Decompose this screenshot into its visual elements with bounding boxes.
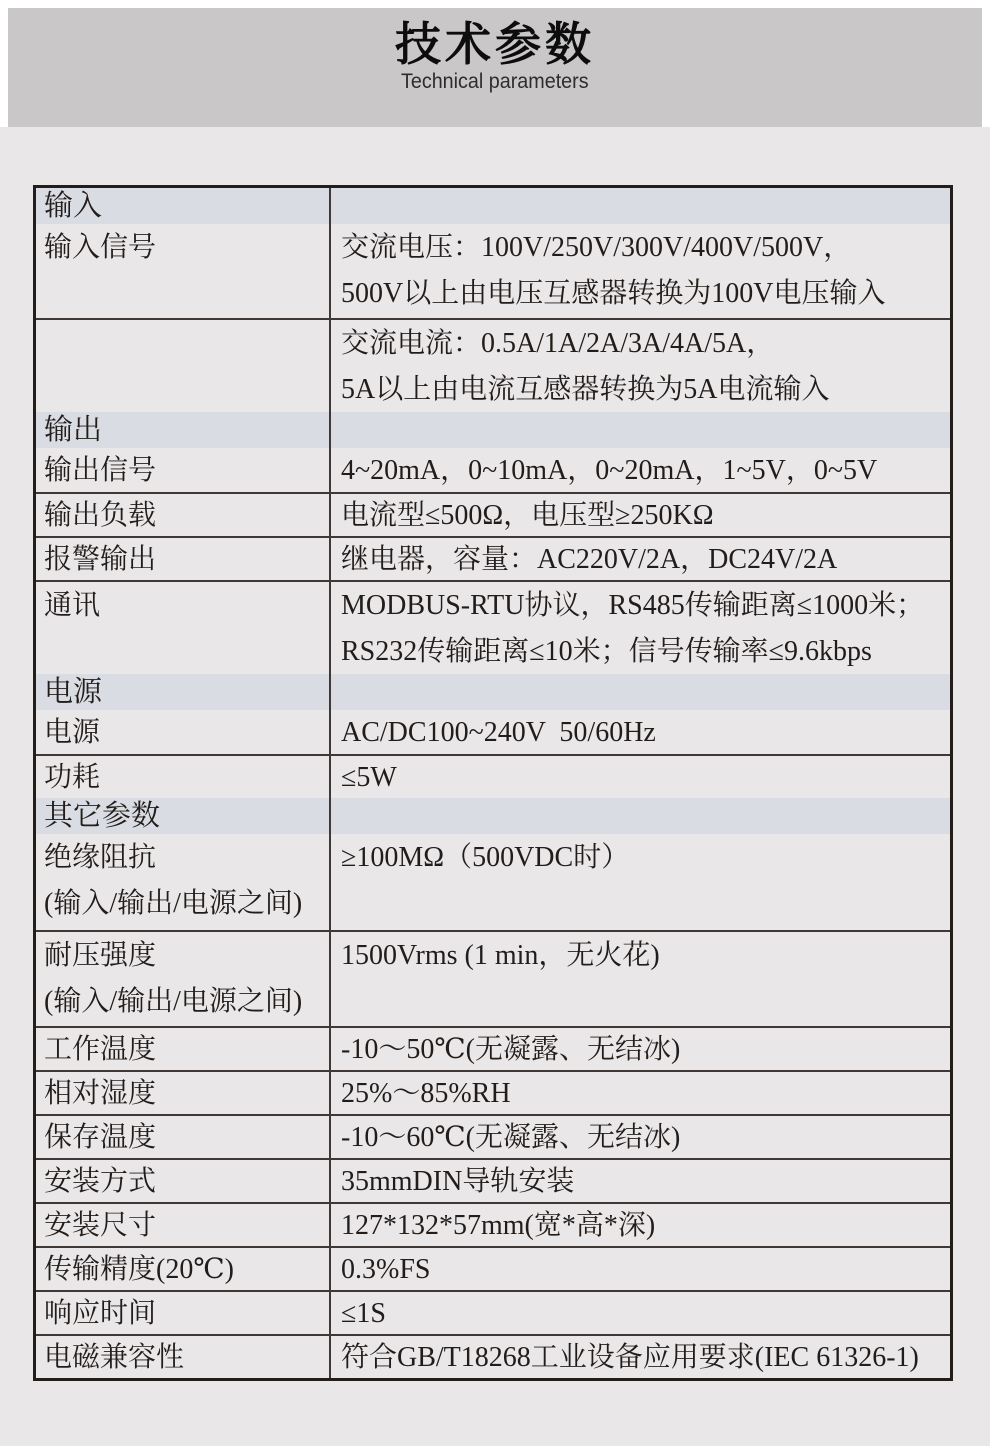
spec-value: MODBUS-RTU协议，RS485传输距离≤1000米； RS232传输距离≤… xyxy=(331,582,950,674)
spec-label: 绝缘阻抗 (输入/输出/电源之间) xyxy=(36,834,331,930)
table-row: 保存温度-10～60℃(无凝露、无结冰) xyxy=(36,1114,950,1158)
spec-label: 安装方式 xyxy=(36,1160,331,1202)
spec-label: 输入信号 xyxy=(36,224,331,318)
table-row: 输入信号交流电压：100V/250V/300V/400V/500V， 500V以… xyxy=(36,224,950,318)
page-subtitle: Technical parameters xyxy=(401,70,589,94)
table-row: 耐压强度 (输入/输出/电源之间)1500Vrms (1 min，无火花) xyxy=(36,930,950,1026)
spec-value: 符合GB/T18268工业设备应用要求(IEC 61326-1) xyxy=(331,1336,950,1378)
spec-value: ≤1S xyxy=(331,1292,950,1334)
spec-value xyxy=(331,798,950,834)
table-row: 电磁兼容性符合GB/T18268工业设备应用要求(IEC 61326-1) xyxy=(36,1334,950,1378)
spec-label: 响应时间 xyxy=(36,1292,331,1334)
table-row: 工作温度-10～50℃(无凝露、无结冰) xyxy=(36,1026,950,1070)
spec-value: -10～50℃(无凝露、无结冰) xyxy=(331,1028,950,1070)
table-row: 相对湿度25%～85%RH xyxy=(36,1070,950,1114)
table-row: 输出负载电流型≤500Ω，电压型≥250KΩ xyxy=(36,492,950,536)
spec-label: 相对湿度 xyxy=(36,1072,331,1114)
spec-value: AC/DC100~240V 50/60Hz xyxy=(331,710,950,754)
spec-value: 1500Vrms (1 min，无火花) xyxy=(331,932,950,1026)
spec-table: 输入输入信号交流电压：100V/250V/300V/400V/500V， 500… xyxy=(33,185,953,1381)
spec-value: 交流电流：0.5A/1A/2A/3A/4A/5A， 5A以上由电流互感器转换为5… xyxy=(331,320,950,412)
spec-label xyxy=(36,320,331,412)
spec-label: 工作温度 xyxy=(36,1028,331,1070)
spec-value: 127*132*57mm(宽*高*深) xyxy=(331,1204,950,1246)
table-row: 传输精度(20℃)0.3%FS xyxy=(36,1246,950,1290)
table-row: 输出信号4~20mA，0~10mA，0~20mA，1~5V，0~5V xyxy=(36,448,950,492)
table-row: 安装方式35mmDIN导轨安装 xyxy=(36,1158,950,1202)
spec-label: 电磁兼容性 xyxy=(36,1336,331,1378)
spec-value: 电流型≤500Ω，电压型≥250KΩ xyxy=(331,494,950,536)
section-label: 其它参数 xyxy=(36,798,331,834)
spec-label: 电源 xyxy=(36,710,331,754)
spec-value xyxy=(331,188,950,224)
table-row: 报警输出继电器，容量：AC220V/2A，DC24V/2A xyxy=(36,536,950,580)
spec-value: ≤5W xyxy=(331,756,950,798)
page-title: 技术参数 xyxy=(395,18,595,70)
spec-label: 耐压强度 (输入/输出/电源之间) xyxy=(36,932,331,1026)
spec-value xyxy=(331,412,950,448)
page-header: 技术参数 Technical parameters xyxy=(0,0,990,127)
spec-value: ≥100MΩ（500VDC时） xyxy=(331,834,950,930)
spec-label: 安装尺寸 xyxy=(36,1204,331,1246)
section-row: 电源 xyxy=(36,674,950,710)
spec-label: 输出负载 xyxy=(36,494,331,536)
table-row: 功耗≤5W xyxy=(36,754,950,798)
spec-value xyxy=(331,674,950,710)
table-row: 交流电流：0.5A/1A/2A/3A/4A/5A， 5A以上由电流互感器转换为5… xyxy=(36,318,950,412)
spec-value: 交流电压：100V/250V/300V/400V/500V， 500V以上由电压… xyxy=(331,224,950,318)
spec-value: 4~20mA，0~10mA，0~20mA，1~5V，0~5V xyxy=(331,448,950,492)
section-label: 电源 xyxy=(36,674,331,710)
table-row: 通讯MODBUS-RTU协议，RS485传输距离≤1000米； RS232传输距… xyxy=(36,580,950,674)
spec-label: 报警输出 xyxy=(36,538,331,580)
spec-value: 25%～85%RH xyxy=(331,1072,950,1114)
spec-value: -10～60℃(无凝露、无结冰) xyxy=(331,1116,950,1158)
spec-value: 继电器，容量：AC220V/2A，DC24V/2A xyxy=(331,538,950,580)
spec-label: 保存温度 xyxy=(36,1116,331,1158)
spec-label: 传输精度(20℃) xyxy=(36,1248,331,1290)
table-row: 绝缘阻抗 (输入/输出/电源之间)≥100MΩ（500VDC时） xyxy=(36,834,950,930)
section-row: 输入 xyxy=(36,188,950,224)
section-row: 输出 xyxy=(36,412,950,448)
section-label: 输出 xyxy=(36,412,331,448)
spec-label: 功耗 xyxy=(36,756,331,798)
header-band: 技术参数 Technical parameters xyxy=(8,8,982,127)
section-label: 输入 xyxy=(36,188,331,224)
spec-value: 0.3%FS xyxy=(331,1248,950,1290)
section-row: 其它参数 xyxy=(36,798,950,834)
spec-label: 通讯 xyxy=(36,582,331,674)
spec-value: 35mmDIN导轨安装 xyxy=(331,1160,950,1202)
table-row: 电源AC/DC100~240V 50/60Hz xyxy=(36,710,950,754)
table-row: 安装尺寸127*132*57mm(宽*高*深) xyxy=(36,1202,950,1246)
table-row: 响应时间≤1S xyxy=(36,1290,950,1334)
spec-label: 输出信号 xyxy=(36,448,331,492)
